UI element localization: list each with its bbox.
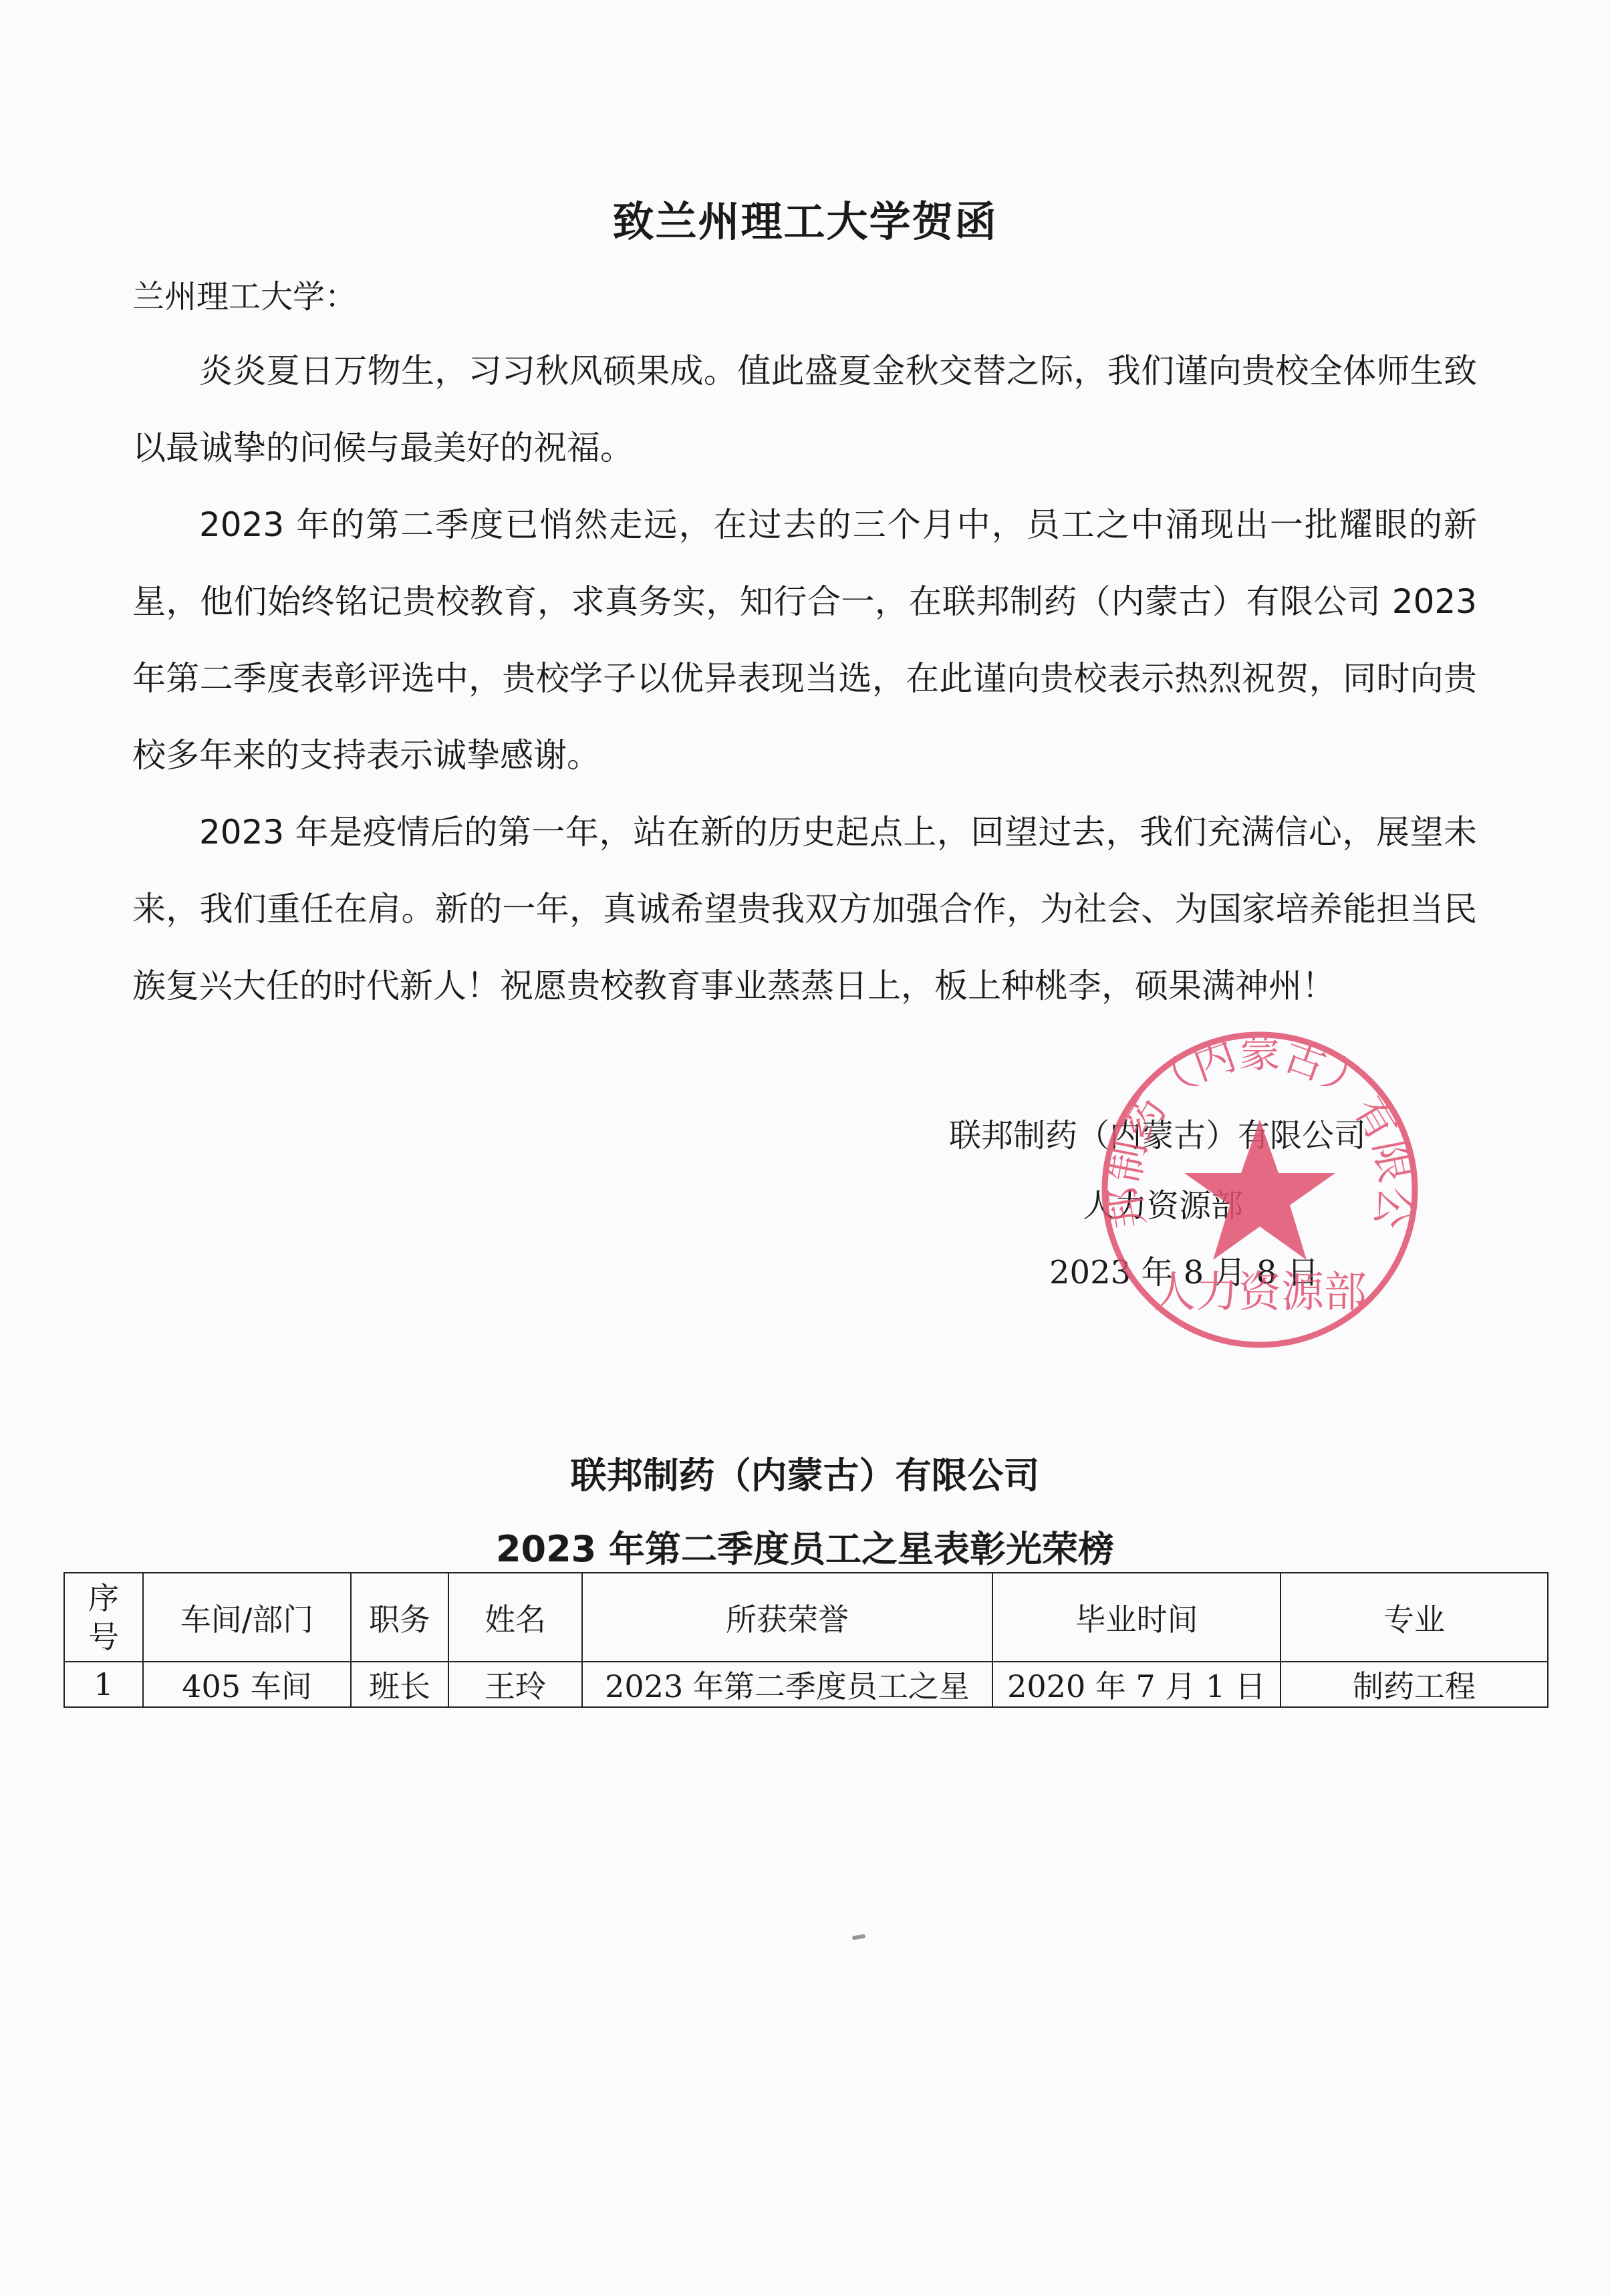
paragraph: 2023 年是疫情后的第一年，站在新的历史起点上，回望过去，我们充满信心，展望未… — [132, 794, 1477, 1025]
honor-list-title: 2023 年第二季度员工之星表彰光荣榜 — [0, 1521, 1610, 1572]
column-header-name: 姓名 — [448, 1573, 582, 1662]
letter-title: 致兰州理工大学贺函 — [0, 188, 1610, 248]
column-header-department: 车间/部门 — [143, 1573, 351, 1662]
column-header-position: 职务 — [351, 1573, 448, 1662]
cell-position: 班长 — [351, 1662, 448, 1707]
cell-department: 405 车间 — [143, 1662, 351, 1707]
column-header-major: 专业 — [1281, 1573, 1548, 1662]
signature-department: 人力资源部 — [1083, 1180, 1243, 1226]
cell-no: 1 — [64, 1662, 143, 1707]
salutation: 兰州理工大学： — [132, 271, 357, 317]
cell-honor: 2023 年第二季度员工之星 — [582, 1662, 992, 1707]
column-header-graduation: 毕业时间 — [992, 1573, 1281, 1662]
honor-table: 序 号 车间/部门 职务 姓名 所获荣誉 毕业时间 专业 1 405 车间 班长… — [63, 1572, 1549, 1708]
table-header-row: 序 号 车间/部门 职务 姓名 所获荣誉 毕业时间 专业 — [64, 1573, 1548, 1662]
letter-body: 炎炎夏日万物生，习习秋风硕果成。值此盛夏金秋交替之际，我们谨向贵校全体师生致以最… — [132, 333, 1477, 1025]
column-header-no: 序 号 — [64, 1573, 143, 1662]
signature-company: 联邦制药（内蒙古）有限公司 — [949, 1110, 1366, 1156]
scan-speck — [852, 1934, 866, 1940]
signature-date: 2023 年 8 月 8 日 — [1049, 1247, 1319, 1293]
paragraph: 炎炎夏日万物生，习习秋风硕果成。值此盛夏金秋交替之际，我们谨向贵校全体师生致以最… — [132, 333, 1477, 487]
table-row: 1 405 车间 班长 王玲 2023 年第二季度员工之星 2020 年 7 月… — [64, 1662, 1548, 1707]
honor-list-company: 联邦制药（内蒙古）有限公司 — [0, 1447, 1610, 1499]
cell-name: 王玲 — [448, 1662, 582, 1707]
column-header-honor: 所获荣誉 — [582, 1573, 992, 1662]
cell-graduation: 2020 年 7 月 1 日 — [992, 1662, 1281, 1707]
paragraph: 2023 年的第二季度已悄然走远，在过去的三个月中，员工之中涌现出一批耀眼的新星… — [132, 487, 1477, 794]
cell-major: 制药工程 — [1281, 1662, 1548, 1707]
